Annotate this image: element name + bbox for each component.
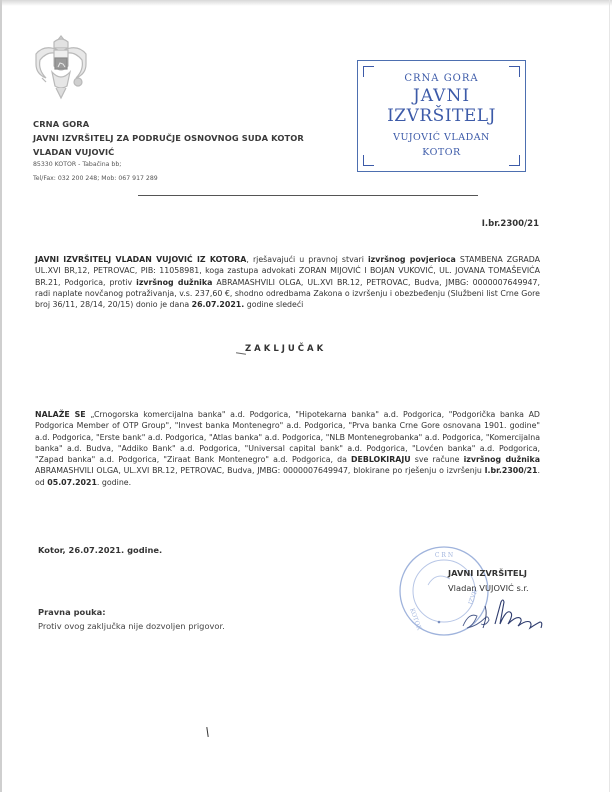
- intro-text: , rješavajući u pravnoj stvari: [246, 255, 368, 264]
- ruling-paragraph: NALAŽE SE „Crnogorska komercijalna banka…: [35, 409, 540, 488]
- ruling-text: sve račune: [411, 455, 464, 464]
- legal-notice-text: Protiv ovog zaključka nije dozvoljen pri…: [38, 621, 225, 631]
- scan-right-edge: [609, 0, 610, 792]
- signature-name: Vladan VUJOVIĆ s.r.: [448, 583, 529, 593]
- signature-role: JAVNI IZVRŠITELJ: [448, 568, 527, 578]
- svg-text:C R N: C R N: [435, 552, 453, 559]
- handwritten-signature-icon: [455, 596, 565, 636]
- ruling-ref-date: 05.07.2021: [47, 478, 97, 487]
- stamp-line-country: CRNA GORA: [358, 73, 525, 84]
- stamp-line-javni: JAVNI: [358, 86, 525, 106]
- header-office: JAVNI IZVRŠITELJ ZA PODRUČJE OSNOVNOG SU…: [33, 133, 304, 143]
- stamp-line-city: KOTOR: [358, 147, 525, 158]
- official-stamp: CRNA GORA JAVNI IZVRŠITELJ VUJOVIĆ VLADA…: [357, 60, 526, 172]
- document-title: ZAKLJUČAK: [245, 344, 326, 354]
- case-number: I.br.2300/21: [482, 219, 539, 229]
- ruling-action: DEBLOKIRAJU: [351, 455, 411, 464]
- coat-of-arms-icon: [30, 32, 92, 104]
- debtor-label: izvršnog dužnika: [136, 278, 212, 287]
- issuer: JAVNI IZVRŠITELJ VLADAN VUJOVIĆ IZ KOTOR…: [35, 255, 246, 264]
- intro-paragraph: JAVNI IZVRŠITELJ VLADAN VUJOVIĆ IZ KOTOR…: [35, 254, 540, 310]
- scan-mark: [206, 727, 208, 737]
- decision-date: 26.07.2021.: [192, 300, 245, 309]
- stamp-line-name: VUJOVIĆ VLADAN: [358, 132, 525, 143]
- ruling-lead: NALAŽE SE: [35, 410, 86, 419]
- ruling-ref: I.br.2300/21: [485, 466, 538, 475]
- ruling-text: . godine.: [97, 478, 131, 487]
- header-address: 85330 KOTOR - Tabačina bb;: [33, 161, 121, 168]
- place-date: Kotor, 26.07.2021. godine.: [38, 545, 162, 555]
- intro-text: godine sledeći: [244, 300, 303, 309]
- stamp-line-izvrsitelj: IZVRŠITELJ: [358, 106, 525, 126]
- ruling-debtor-label: izvršnog dužnika: [464, 455, 540, 464]
- scan-left-edge: [0, 0, 2, 792]
- header-contact: Tel/Fax: 032 200 248; Mob: 067 917 289: [33, 175, 158, 182]
- header-name: VLADAN VUJOVIĆ: [33, 147, 114, 157]
- header-separator: [138, 195, 478, 196]
- header-country: CRNA GORA: [33, 119, 89, 129]
- scan-top-shadow: [0, 0, 612, 6]
- legal-notice-label: Pravna pouka:: [38, 607, 106, 617]
- ruling-text: ABRAMASHVILI OLGA, UL.XVI BR.12, PETROVA…: [35, 466, 485, 475]
- creditor-label: izvršnog povjerioca: [368, 255, 456, 264]
